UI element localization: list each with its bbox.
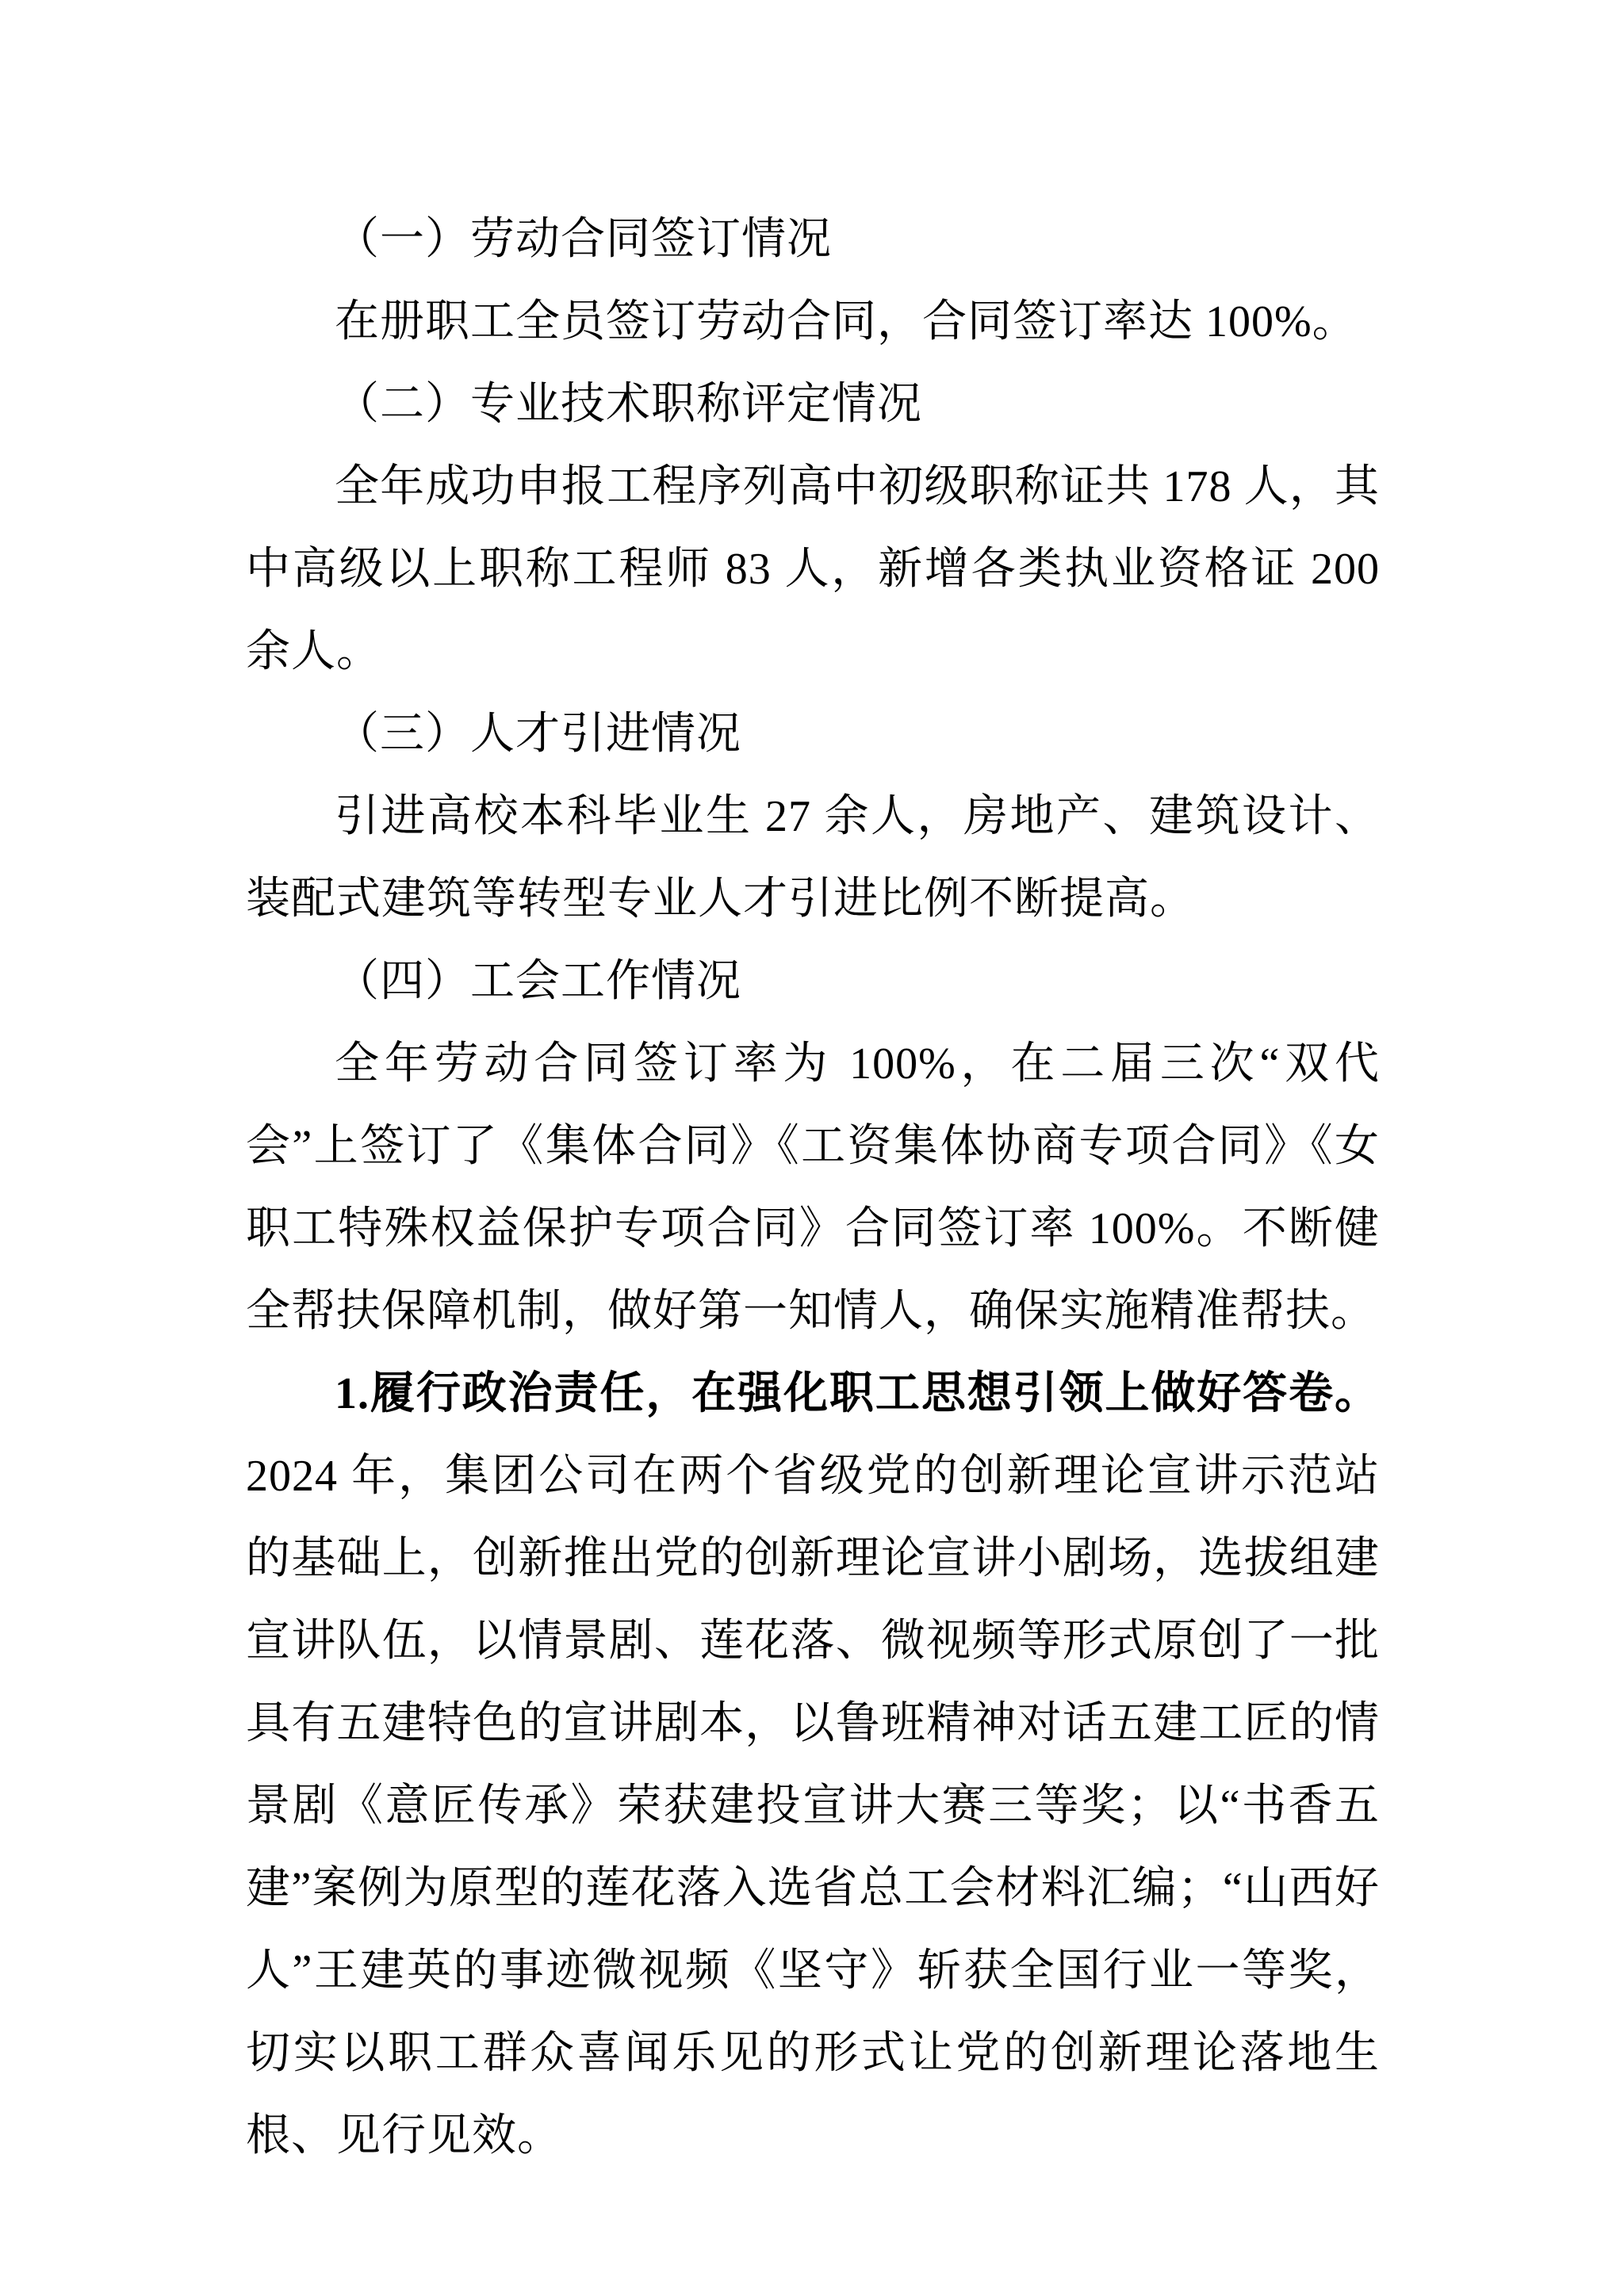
paragraph-talent-recruitment: 引进高校本科毕业生 27 余人，房地产、建筑设计、装配式建筑等转型专业人才引进比… — [246, 775, 1380, 940]
section-heading-3: （三）人才引进情况 — [246, 693, 1380, 775]
document-page: （一）劳动合同签订情况 在册职工全员签订劳动合同，合同签订率达 100%。 （二… — [0, 0, 1624, 2296]
section-heading-4: （四）工会工作情况 — [246, 940, 1380, 1023]
section-heading-2: （二）专业技术职称评定情况 — [246, 363, 1380, 446]
section-heading-1: （一）劳动合同签订情况 — [246, 198, 1380, 281]
paragraph-political-responsibility-body: 2024 年，集团公司在两个省级党的创新理论宣讲示范站的基础上，创新推出党的创新… — [246, 1452, 1380, 2160]
bold-lead-sentence: 1.履行政治责任，在强化职工思想引领上做好答卷。 — [335, 1369, 1380, 1418]
paragraph-labor-contract: 在册职工全员签订劳动合同，合同签订率达 100%。 — [246, 281, 1380, 363]
paragraph-professional-titles: 全年成功申报工程序列高中初级职称证共 178 人，其中高级以上职称工程师 83 … — [246, 446, 1380, 693]
paragraph-union-work: 全年劳动合同签订率为 100%，在二届三次“双代会”上签订了《集体合同》《工资集… — [246, 1023, 1380, 1353]
document-text-content: （一）劳动合同签订情况 在册职工全员签订劳动合同，合同签订率达 100%。 （二… — [246, 198, 1380, 2177]
paragraph-political-responsibility: 1.履行政治责任，在强化职工思想引领上做好答卷。2024 年，集团公司在两个省级… — [246, 1353, 1380, 2177]
